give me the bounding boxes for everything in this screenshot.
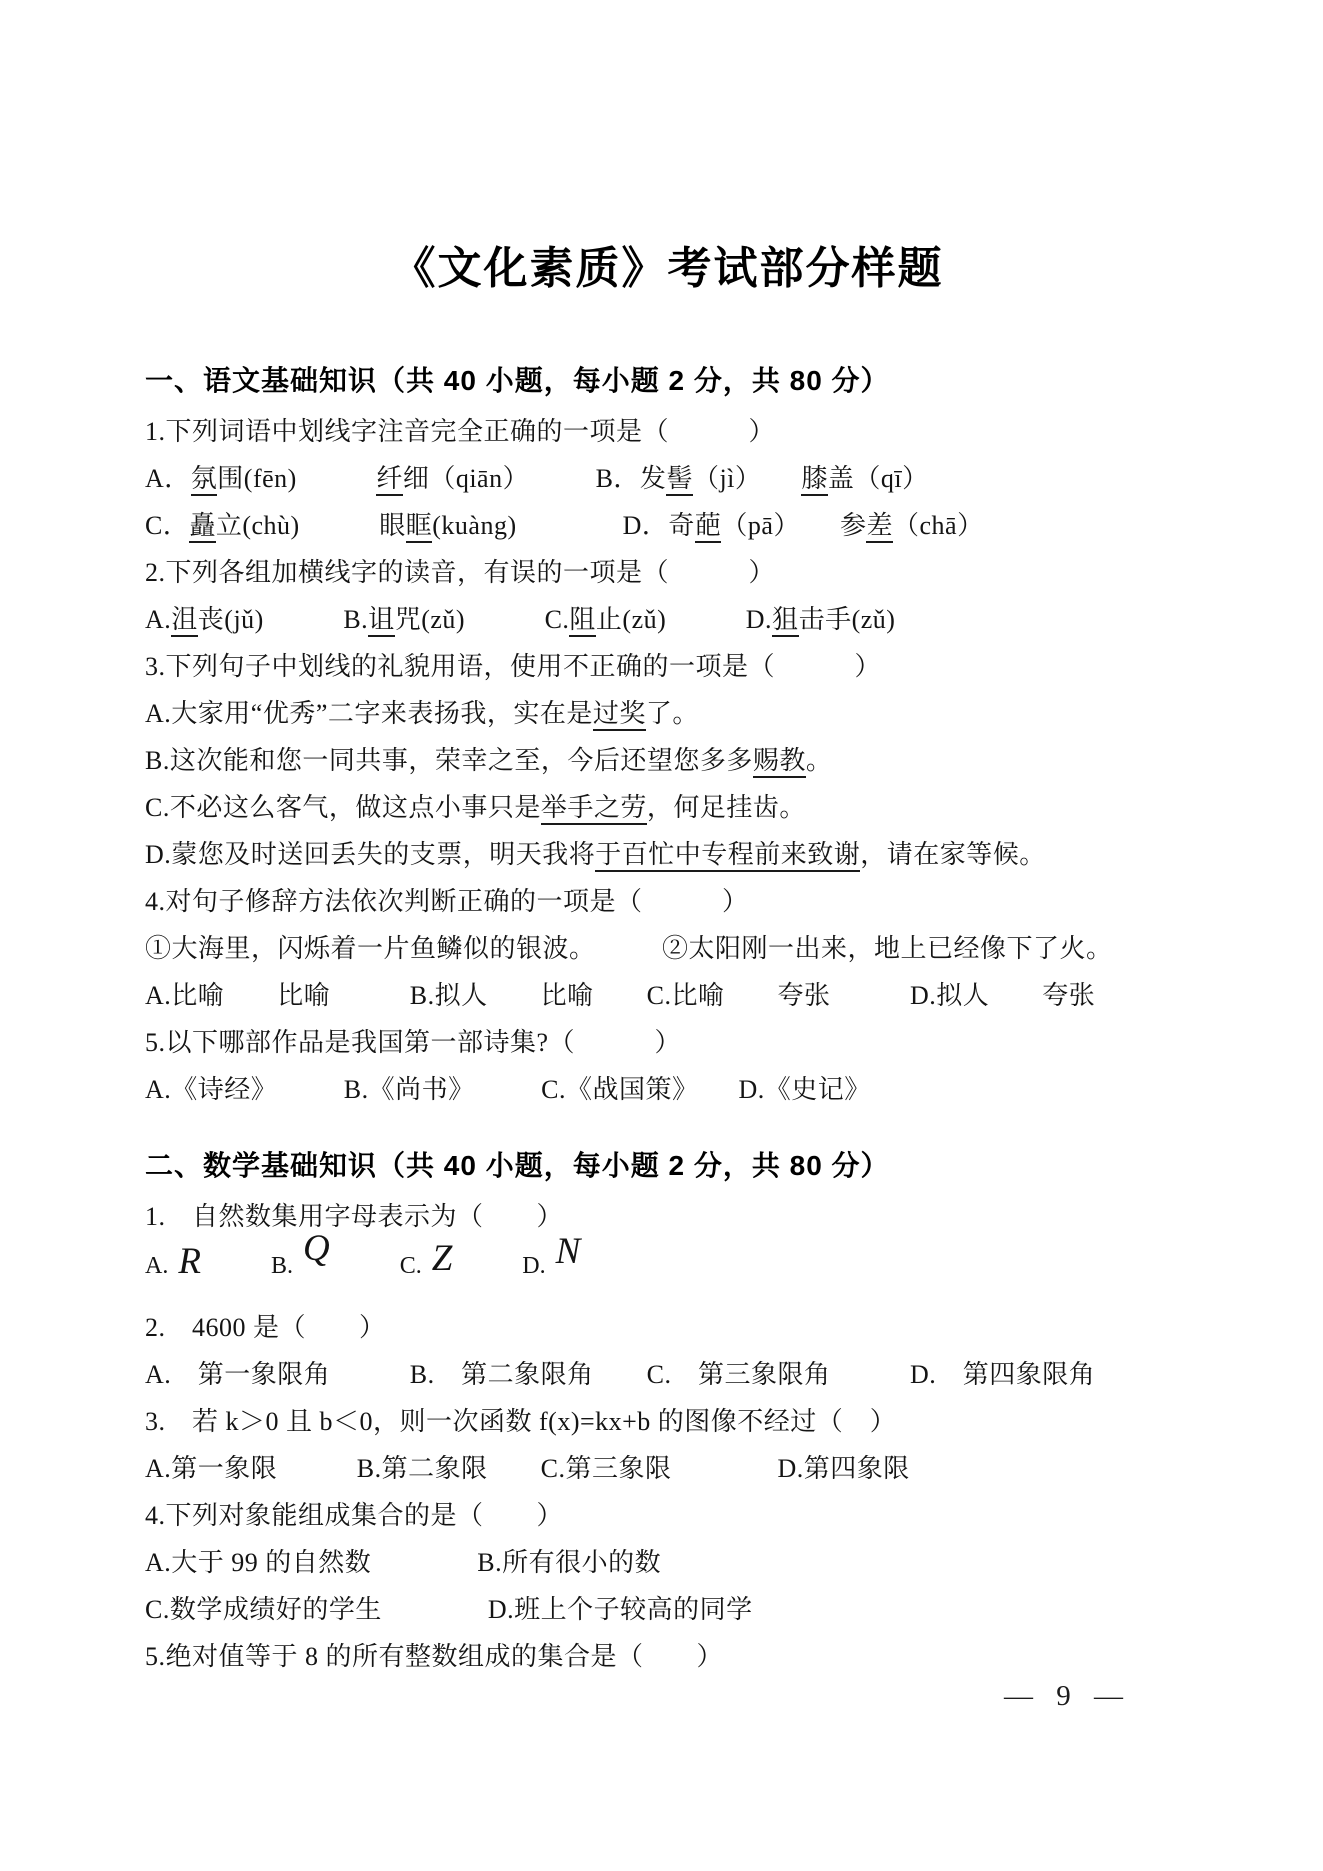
text-segment: 咒(zǔ) [395,605,545,634]
math-letter-n: N [556,1230,581,1273]
page-content: 《文化素质》考试部分样题 一、语文基础知识（共 40 小题，每小题 2 分，共 … [145,238,1190,1680]
option-label: C. [400,1253,422,1280]
math-letter-z: Z [432,1237,453,1280]
text-segment: D. [746,605,772,634]
underlined-text: 过奖 [593,699,646,731]
s2-q2-stem: 2. 4600 是（ ） [145,1304,1190,1351]
text-segment: 盖（qī） [828,464,929,493]
s1-q4-examples: ①大海里，闪烁着一片鱼鳞似的银波。 ②太阳刚一出来，地上已经像下了火。 [145,925,1190,972]
s2-q5-stem: 5.绝对值等于 8 的所有整数组成的集合是（ ） [145,1633,1190,1680]
underlined-text: 矗 [189,511,216,543]
s2-q4-stem: 4.下列对象能组成集合的是（ ） [145,1492,1190,1539]
text-segment: C． [145,511,189,540]
s2-q1-option-d: D.N [522,1240,580,1283]
page-title: 《文化素质》考试部分样题 [145,238,1190,300]
underlined-text: 举手之劳 [541,793,647,825]
text-segment: ，何足挂齿。 [647,793,806,822]
text-segment: D．奇 [623,511,695,540]
s1-q2-options: A.沮丧(jǔ) B.诅咒(zǔ) C.阻止(zǔ) D.狙击手(zǔ) [145,596,1190,643]
underlined-text: 葩 [695,511,722,543]
s1-q5-stem: 5.以下哪部作品是我国第一部诗集?（ ） [145,1019,1190,1066]
text-segment: (kuàng) [432,511,622,540]
section1-heading: 一、语文基础知识（共 40 小题，每小题 2 分，共 80 分） [145,358,1190,404]
text-segment: 丧(jǔ) [198,605,344,634]
s1-q4-options: A.比喻 比喻 B.拟人 比喻 C.比喻 夸张 D.拟人 夸张 [145,972,1190,1019]
text-segment: B. [343,605,368,634]
text-segment: 。 [806,746,833,775]
underlined-text: 膝 [801,464,828,496]
text-segment: B．发 [596,464,667,493]
text-segment: D.蒙您及时送回丢失的支票，明天我将 [145,840,595,869]
s2-q1-option-b: B.Q [271,1240,330,1283]
text-segment: 参 [840,511,867,540]
underlined-text: 差 [866,511,893,543]
underlined-text: 髻 [666,464,693,496]
underlined-text: 沮 [171,605,198,637]
text-segment: B.这次能和您一同共事，荣幸之至，今后还望您多多 [145,746,753,775]
underlined-text: 赐教 [753,746,806,778]
text-segment: ，请在家等候。 [860,840,1046,869]
s1-q2-stem: 2.下列各组加横线字的读音，有误的一项是（ ） [145,549,1190,596]
underlined-text: 纤 [376,464,403,496]
text-segment: 细（qiān） [403,464,596,493]
s2-q3-stem: 3. 若 k＞0 且 b＜0，则一次函数 f(x)=kx+b 的图像不经过（ ） [145,1398,1190,1445]
text-segment: 击手(zǔ) [799,605,896,634]
s1-q3-option-a: A.大家用“优秀”二字来表扬我，实在是过奖了。 [145,690,1190,737]
document-page: 《文化素质》考试部分样题 一、语文基础知识（共 40 小题，每小题 2 分，共 … [0,0,1323,1871]
s1-q3-option-c: C.不必这么客气，做这点小事只是举手之劳，何足挂齿。 [145,784,1190,831]
underlined-text: 氛 [191,464,218,496]
s1-q4-stem: 4.对句子修辞方法依次判断正确的一项是（ ） [145,878,1190,925]
s1-q3-option-d: D.蒙您及时送回丢失的支票，明天我将于百忙中专程前来致谢，请在家等候。 [145,831,1190,878]
text-segment: C.不必这么客气，做这点小事只是 [145,793,541,822]
text-segment: 眼 [379,511,406,540]
option-label: A. [145,1253,168,1280]
underlined-text: 眶 [406,511,433,543]
text-segment: A. [145,605,171,634]
option-label: D. [522,1253,545,1280]
s2-q1-option-c: C.Z [400,1240,453,1283]
s1-q1-options-cd: C．矗立(chù) 眼眶(kuàng) D．奇葩（pā） 参差（chā） [145,502,1190,549]
text-segment: 了。 [646,699,699,728]
s1-q5-options: A.《诗经》 B.《尚书》 C.《战国策》 D.《史记》 [145,1066,1190,1113]
s1-q1-options-ab: A．氛围(fēn) 纤细（qiān） B．发髻（jì） 膝盖（qī） [145,455,1190,502]
underlined-text: 狙 [772,605,799,637]
s2-q4-options-cd: C.数学成绩好的学生 D.班上个子较高的同学 [145,1586,1190,1633]
underlined-text: 诅 [368,605,395,637]
underlined-text: 阻 [569,605,596,637]
section2-heading: 二、数学基础知识（共 40 小题，每小题 2 分，共 80 分） [145,1143,1190,1189]
s2-q3-options: A.第一象限 B.第二象限 C.第三象限 D.第四象限 [145,1445,1190,1492]
text-segment: （jì） [693,464,801,493]
s1-q3-option-b: B.这次能和您一同共事，荣幸之至，今后还望您多多赐教。 [145,737,1190,784]
text-segment: C. [545,605,570,634]
text-segment: 围(fēn) [217,464,376,493]
text-segment: A． [145,464,191,493]
s2-q1-options: A.R B.Q C.Z D.N [145,1240,1190,1302]
text-segment: A.大家用“优秀”二字来表扬我，实在是 [145,699,593,728]
s2-q1-stem: 1. 自然数集用字母表示为（ ） [145,1193,1190,1240]
option-label: B. [271,1253,293,1280]
s2-q1-option-a: A.R [145,1240,201,1283]
text-segment: 立(chù) [216,511,379,540]
text-segment: （chā） [893,511,984,540]
underlined-text: 于百忙中专程前来致谢 [595,840,860,872]
page-number: — 9 — [995,1680,1140,1713]
s1-q3-stem: 3.下列句子中划线的礼貌用语，使用不正确的一项是（ ） [145,643,1190,690]
math-letter-q: Q [303,1227,330,1270]
text-segment: 止(zǔ) [596,605,746,634]
text-segment: （pā） [721,511,840,540]
s2-q4-options-ab: A.大于 99 的自然数 B.所有很小的数 [145,1539,1190,1586]
math-letter-r: R [178,1240,201,1283]
s1-q1-stem: 1.下列词语中划线字注音完全正确的一项是（ ） [145,408,1190,455]
s2-q2-options: A. 第一象限角 B. 第二象限角 C. 第三象限角 D. 第四象限角 [145,1351,1190,1398]
